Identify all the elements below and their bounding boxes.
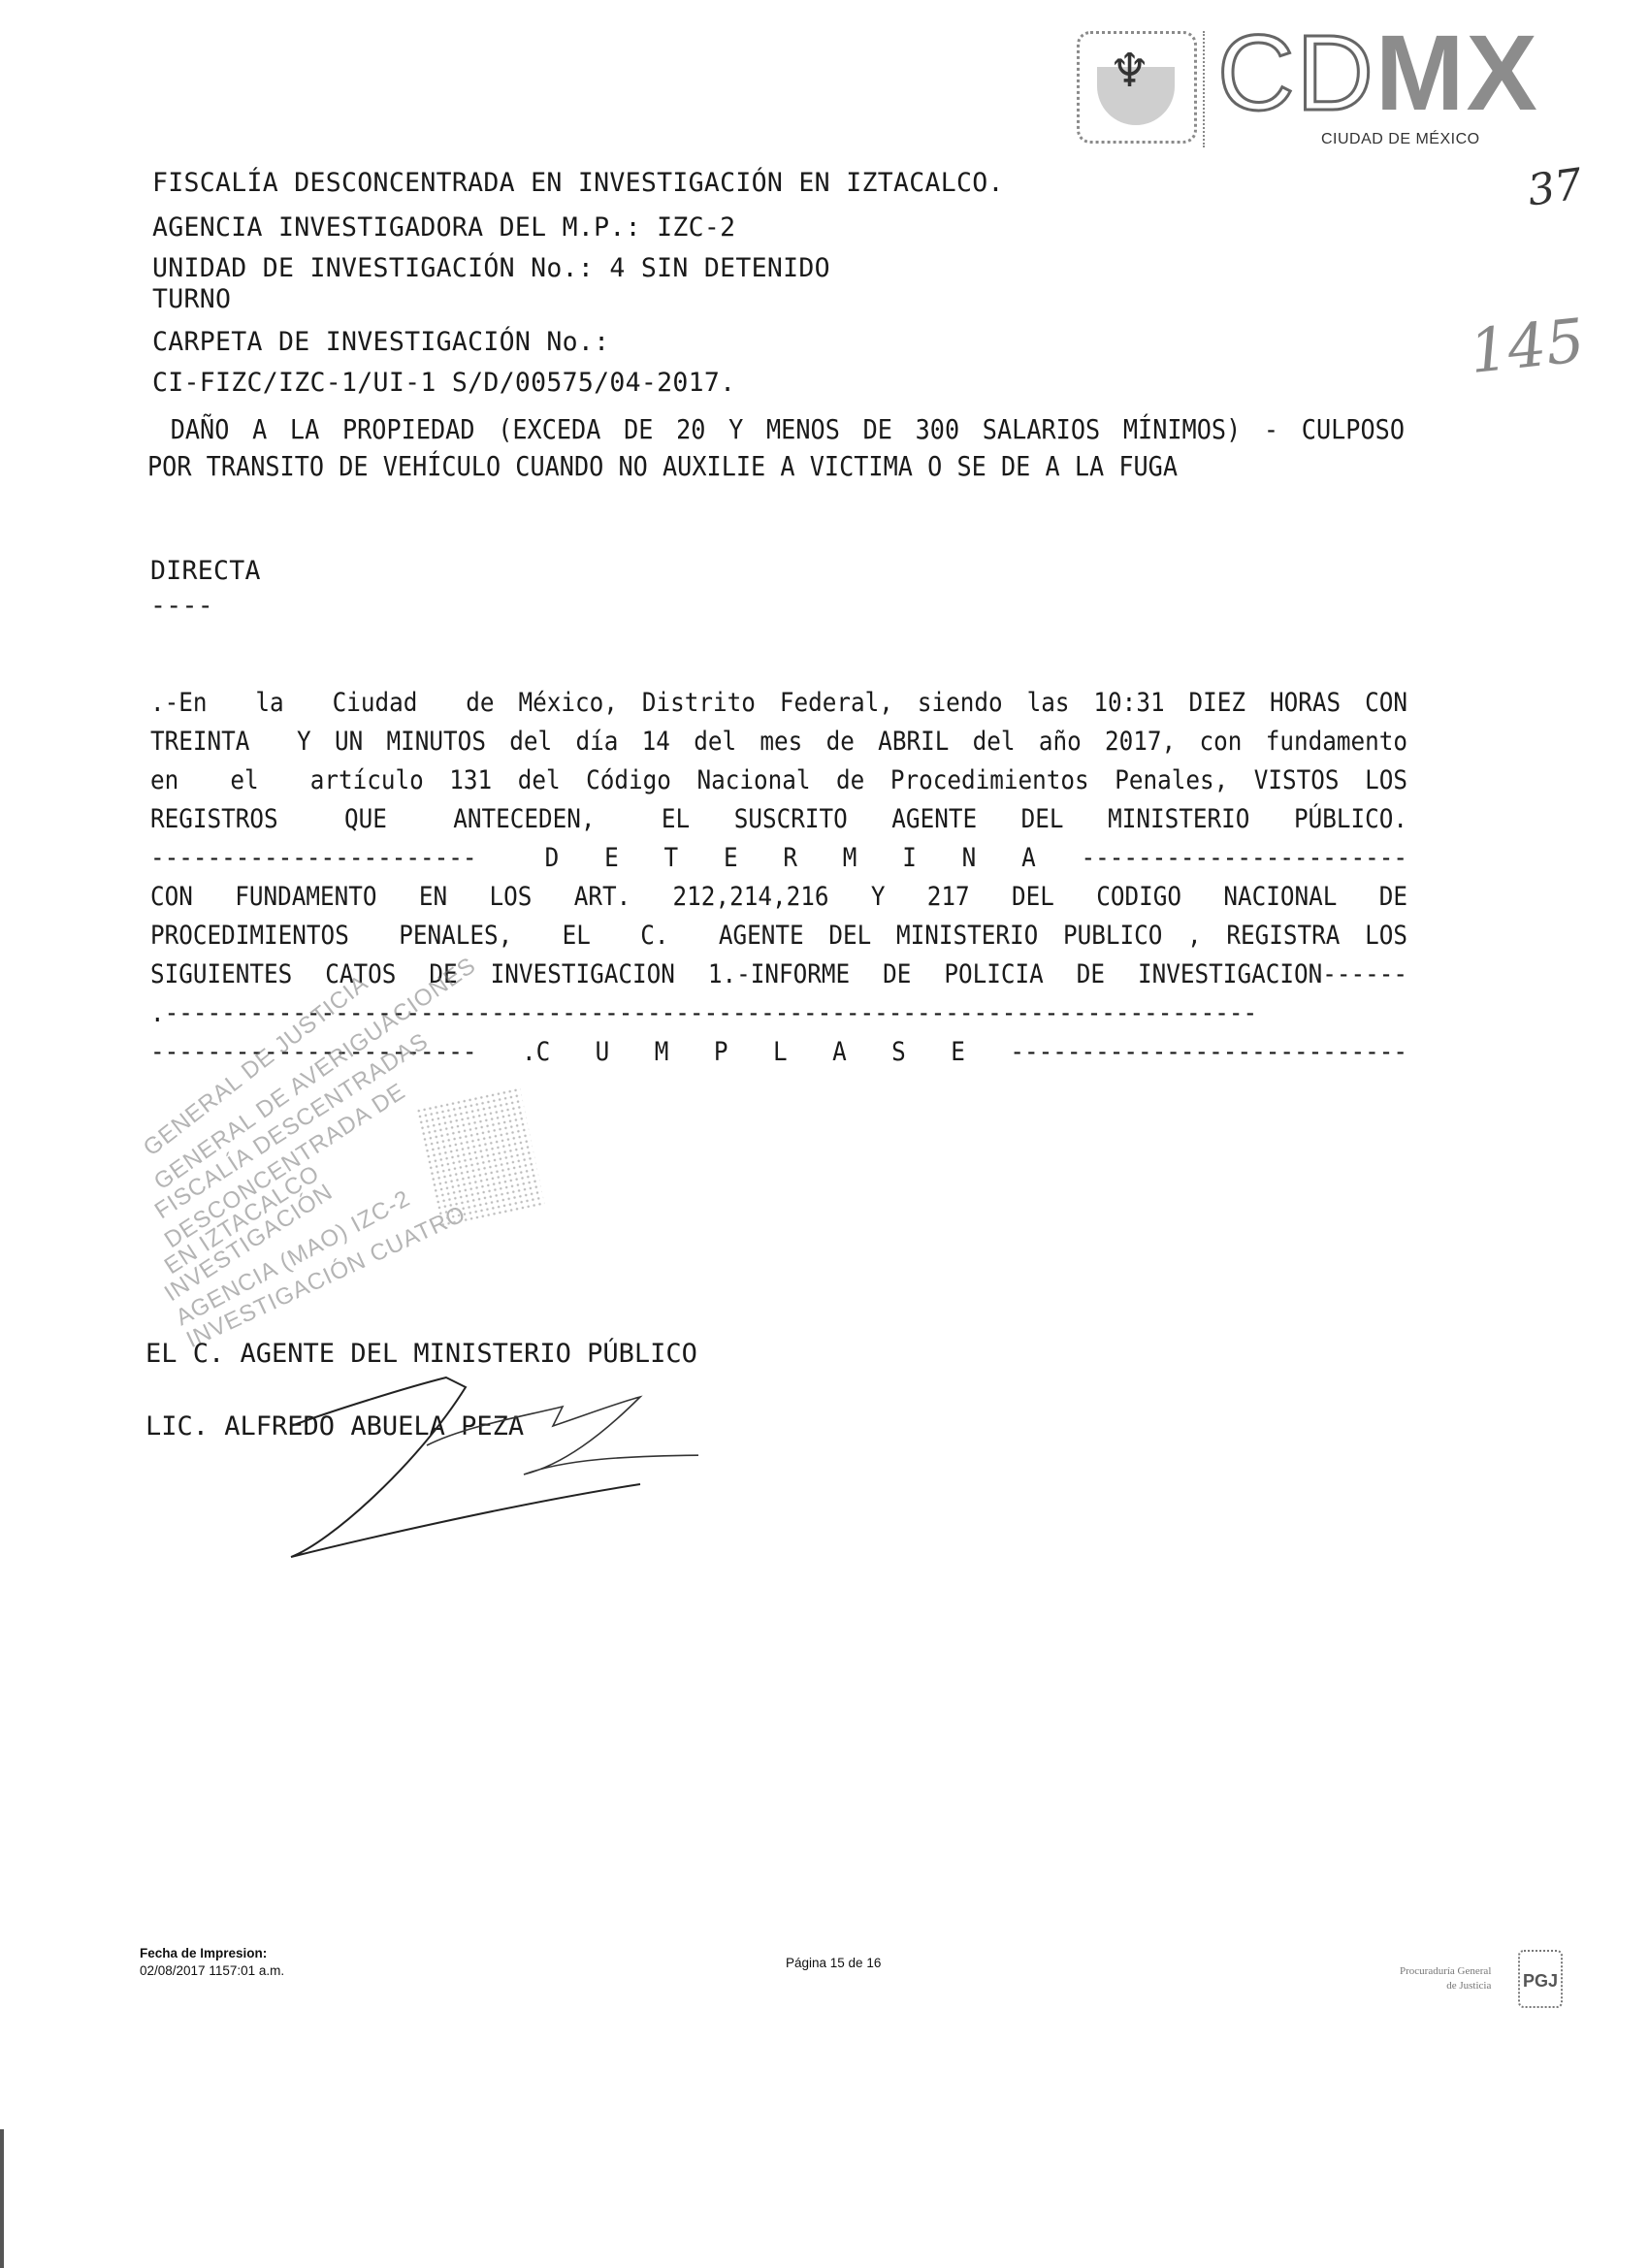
angel-of-independence-icon: ♆ [1077,31,1197,144]
pgj-logo-icon: PGJ [1518,1950,1563,2008]
cdmx-logo: ♆ CDMX CIUDAD DE MÉXICO [1077,31,1620,152]
body-line-2: TREINTA Y UN MINUTOS del día 14 del mes … [150,728,1407,757]
body-line-6: CON FUNDAMENTO EN LOS ART. 212,214,216 Y… [150,883,1407,912]
official-stamp: GENERAL DE JUSTICIA GENERAL DE AVERIGUAC… [165,999,572,1319]
header-carpeta-number: CI-FIZC/IZC-1/UI-1 S/D/00575/04-2017. [152,369,735,398]
page-number: Página 15 de 16 [786,1956,881,1970]
body-line-7: PROCEDIMIENTOS PENALES, EL C. AGENTE DEL… [150,922,1407,951]
section-title: DIRECTA [150,557,261,586]
header-carpeta-label: CARPETA DE INVESTIGACIÓN No.: [152,328,609,357]
offense-line-2: POR TRANSITO DE VEHÍCULO CUANDO NO AUXIL… [147,452,1282,481]
header-unidad: UNIDAD DE INVESTIGACIÓN No.: 4 SIN DETEN… [152,254,830,283]
body-line-1: .-En la Ciudad de México, Distrito Feder… [150,689,1407,718]
logo-subtitle: CIUDAD DE MÉXICO [1321,131,1480,148]
body-line-3: en el artículo 131 del Código Nacional d… [150,766,1407,795]
qr-code-icon [415,1086,545,1227]
body-line-4: REGISTROS QUE ANTECEDEN, EL SUSCRITO AGE… [150,805,1407,834]
header-turno: TURNO [152,285,231,314]
offense-line-1: DAÑO A LA PROPIEDAD (EXCEDA DE 20 Y MENO… [147,415,1405,444]
print-date-value: 02/08/2017 1157:01 a.m. [140,1963,284,1978]
header-agencia: AGENCIA INVESTIGADORA DEL M.P.: IZC-2 [152,213,735,243]
handwritten-folio-a: 37 [1525,159,1586,215]
institution-name: Procuraduría General de Justicia [1400,1964,1491,1993]
determina-line: ----------------------- D E T E R M I N … [150,844,1407,873]
handwritten-folio-b: 145 [1467,305,1588,387]
handwritten-signature-icon [272,1358,698,1571]
logo-divider [1203,31,1205,147]
logo-wordmark: CDMX [1217,25,1539,122]
header-fiscalia: FISCALÍA DESCONCENTRADA EN INVESTIGACIÓN… [152,169,1004,198]
section-underline: ---- [150,592,213,621]
print-date-label: Fecha de Impresion: [140,1946,267,1960]
scan-edge [0,2129,4,2268]
